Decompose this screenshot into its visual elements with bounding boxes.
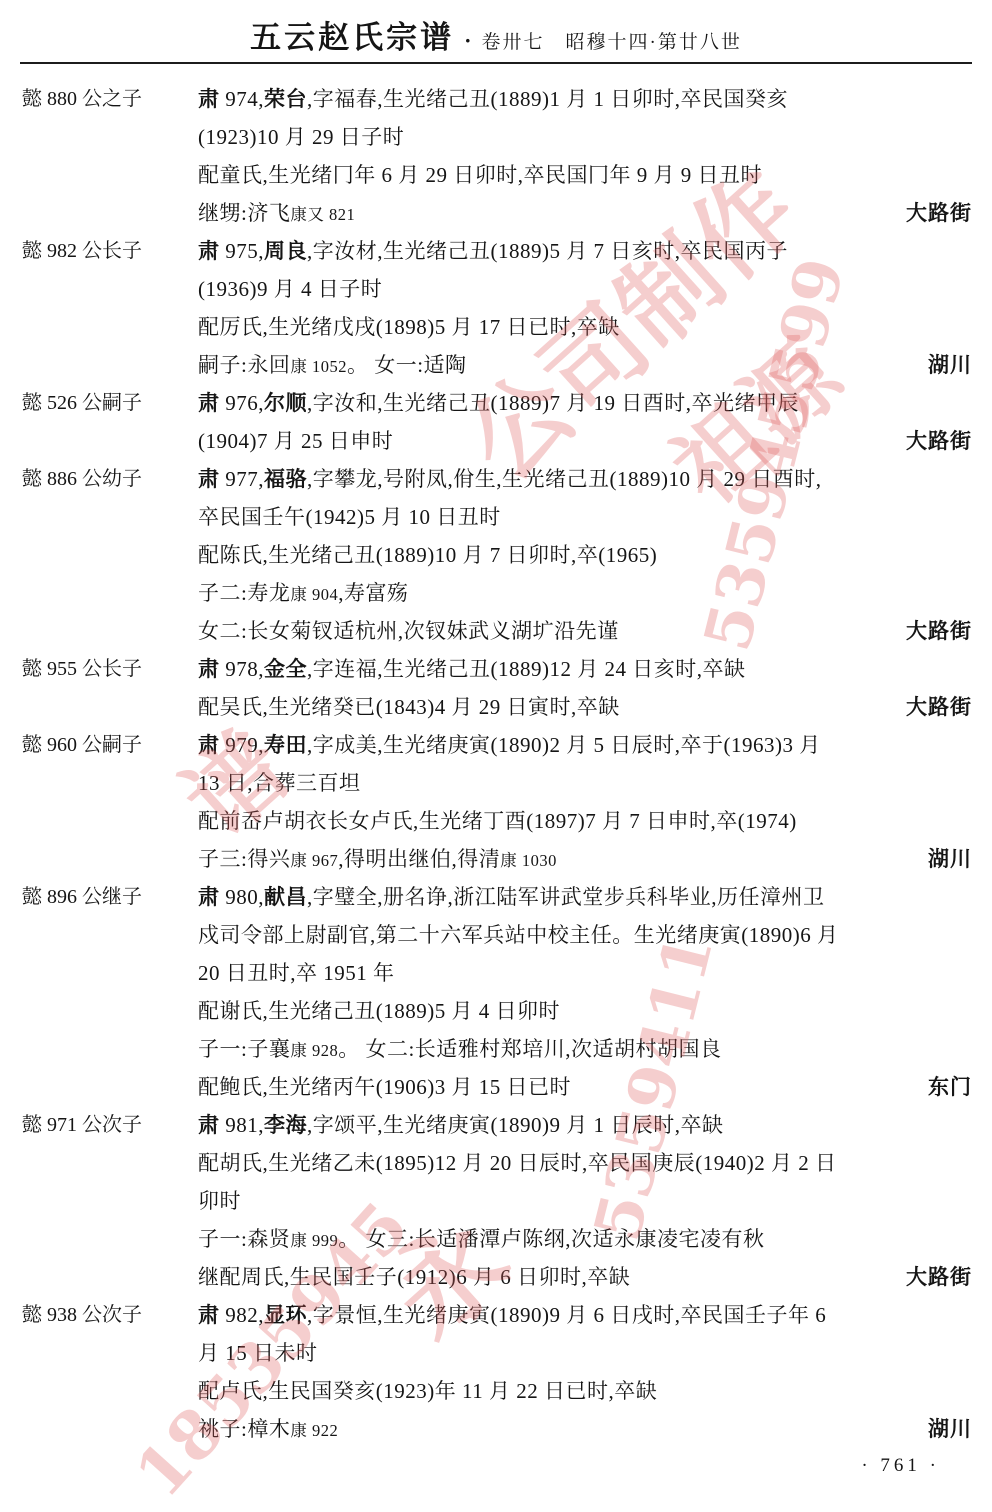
entry-line: 肃 979,寿田,字成美,生光绪庚寅(1890)2 月 5 日辰时,卒于(196…	[198, 726, 972, 764]
line-text: 嗣子:永回康 1052。 女一:适陶	[198, 353, 467, 377]
entry-line: 肃 982,显环,字景恒,生光绪庚寅(1890)9 月 6 日戌时,卒民国壬子年…	[198, 1296, 972, 1334]
entry-row: 懿 886 公幼子肃 977,福骆,字攀龙,号附凤,佾生,生光绪己丑(1889)…	[0, 460, 992, 650]
entry-line: 子一:子襄康 928。 女二:长适雅村郑培川,次适胡村胡国良	[198, 1030, 972, 1068]
entry-label: 懿 938 公次子	[0, 1296, 198, 1334]
entry-line: 嗣子:永回康 1052。 女一:适陶湖川	[198, 346, 972, 384]
entry-content: 肃 978,金全,字连福,生光绪己丑(1889)12 月 24 日亥时,卒缺配吴…	[198, 650, 992, 726]
line-text: 配胡氏,生光绪乙未(1895)12 月 20 日辰时,卒民国庚辰(1940)2 …	[198, 1151, 836, 1175]
entry-line: 肃 980,献昌,字璧全,册名诤,浙江陆军讲武堂步兵科毕业,历任漳州卫	[198, 878, 972, 916]
line-text: 戍司令部上尉副官,第二十六军兵站中校主任。生光绪庚寅(1890)6 月	[198, 923, 838, 947]
entry-line: 祧子:樟木康 922湖川	[198, 1410, 972, 1448]
line-text: 肃 982,显环,字景恒,生光绪庚寅(1890)9 月 6 日戌时,卒民国壬子年…	[198, 1303, 826, 1327]
line-text: 子二:寿龙康 904,寿富殇	[198, 581, 408, 605]
header-divider	[20, 62, 972, 64]
entry-content: 肃 975,周良,字汝材,生光绪己丑(1889)5 月 7 日亥时,卒民国丙子(…	[198, 232, 992, 384]
entry-line: 子二:寿龙康 904,寿富殇	[198, 574, 972, 612]
line-text: 13 日,合葬三百坦	[198, 771, 361, 795]
entry-row: 懿 526 公嗣子肃 976,尔顺,字汝和,生光绪己丑(1889)7 月 19 …	[0, 384, 992, 460]
entry-line: 继甥:济飞康又 821大路街	[198, 194, 972, 232]
entry-content: 肃 976,尔顺,字汝和,生光绪己丑(1889)7 月 19 日酉时,卒光绪甲辰…	[198, 384, 992, 460]
line-text: 肃 974,荣台,字福春,生光绪己丑(1889)1 月 1 日卯时,卒民国癸亥	[198, 87, 788, 111]
line-text: 配前岙卢胡衣长女卢氏,生光绪丁酉(1897)7 月 7 日申时,卒(1974)	[198, 809, 797, 833]
line-text: 继甥:济飞康又 821	[198, 201, 355, 225]
entry-label: 懿 896 公继子	[0, 878, 198, 916]
line-text: 20 日丑时,卒 1951 年	[198, 961, 395, 985]
entry-line: 配前岙卢胡衣长女卢氏,生光绪丁酉(1897)7 月 7 日申时,卒(1974)	[198, 802, 972, 840]
entry-line: 子一:森贤康 999。 女三:长适潘潭卢陈纲,次适永康凌宅凌有秋	[198, 1220, 972, 1258]
entry-content: 肃 982,显环,字景恒,生光绪庚寅(1890)9 月 6 日戌时,卒民国壬子年…	[198, 1296, 992, 1448]
entry-row: 懿 982 公长子肃 975,周良,字汝材,生光绪己丑(1889)5 月 7 日…	[0, 232, 992, 384]
page-header: 五云赵氏宗谱 · 卷卅七 昭穆十四·第廿八世	[0, 12, 992, 57]
entry-line: 肃 974,荣台,字福春,生光绪己丑(1889)1 月 1 日卯时,卒民国癸亥	[198, 80, 972, 118]
line-text: (1904)7 月 25 日申时	[198, 429, 393, 453]
place-label: 大路街	[906, 612, 972, 650]
line-text: 子一:子襄康 928。 女二:长适雅村郑培川,次适胡村胡国良	[198, 1037, 722, 1061]
entry-content: 肃 980,献昌,字璧全,册名诤,浙江陆军讲武堂步兵科毕业,历任漳州卫戍司令部上…	[198, 878, 992, 1106]
entry-line: 13 日,合葬三百坦	[198, 764, 972, 802]
line-text: 卒民国壬午(1942)5 月 10 日丑时	[198, 505, 501, 529]
line-text: 祧子:樟木康 922	[198, 1417, 338, 1441]
entry-line: 戍司令部上尉副官,第二十六军兵站中校主任。生光绪庚寅(1890)6 月	[198, 916, 972, 954]
entry-label: 懿 886 公幼子	[0, 460, 198, 498]
entry-line: (1904)7 月 25 日申时大路街	[198, 422, 972, 460]
entry-line: 肃 976,尔顺,字汝和,生光绪己丑(1889)7 月 19 日酉时,卒光绪甲辰	[198, 384, 972, 422]
place-label: 大路街	[906, 688, 972, 726]
line-text: 配鲍氏,生光绪丙午(1906)3 月 15 日已时	[198, 1075, 571, 1099]
entry-row: 懿 938 公次子肃 982,显环,字景恒,生光绪庚寅(1890)9 月 6 日…	[0, 1296, 992, 1448]
entry-line: (1936)9 月 4 日子时	[198, 270, 972, 308]
place-label: 湖川	[928, 1410, 972, 1448]
entry-label: 懿 971 公次子	[0, 1106, 198, 1144]
entry-row: 懿 880 公之子肃 974,荣台,字福春,生光绪己丑(1889)1 月 1 日…	[0, 80, 992, 232]
entry-line: 子三:得兴康 967,得明出继伯,得清康 1030湖川	[198, 840, 972, 878]
title-separator-dot: ·	[464, 28, 471, 54]
line-text: 配谢氏,生光绪己丑(1889)5 月 4 日卯时	[198, 999, 560, 1023]
line-text: (1923)10 月 29 日子时	[198, 125, 404, 149]
line-text: 卯时	[198, 1189, 241, 1213]
entry-line: 月 15 日未时	[198, 1334, 972, 1372]
entry-label: 懿 955 公长子	[0, 650, 198, 688]
entry-line: 肃 977,福骆,字攀龙,号附凤,佾生,生光绪己丑(1889)10 月 29 日…	[198, 460, 972, 498]
entry-label: 懿 880 公之子	[0, 80, 198, 118]
entry-line: 女二:长女菊钗适杭州,次钗妹武义湖圹沿先谨大路街	[198, 612, 972, 650]
entry-line: 配卢氏,生民国癸亥(1923)年 11 月 22 日已时,卒缺	[198, 1372, 972, 1410]
entry-line: 配鲍氏,生光绪丙午(1906)3 月 15 日已时东门	[198, 1068, 972, 1106]
entry-line: 肃 978,金全,字连福,生光绪己丑(1889)12 月 24 日亥时,卒缺	[198, 650, 972, 688]
line-text: 子三:得兴康 967,得明出继伯,得清康 1030	[198, 847, 557, 871]
entry-content: 肃 977,福骆,字攀龙,号附凤,佾生,生光绪己丑(1889)10 月 29 日…	[198, 460, 992, 650]
page-title: 五云赵氏宗谱	[250, 12, 454, 57]
place-label: 大路街	[906, 1258, 972, 1296]
line-text: 肃 978,金全,字连福,生光绪己丑(1889)12 月 24 日亥时,卒缺	[198, 657, 746, 681]
place-label: 湖川	[928, 346, 972, 384]
line-text: 肃 981,李海,字颂平,生光绪庚寅(1890)9 月 1 日辰时,卒缺	[198, 1113, 724, 1137]
entry-row: 懿 955 公长子肃 978,金全,字连福,生光绪己丑(1889)12 月 24…	[0, 650, 992, 726]
entry-line: 配胡氏,生光绪乙未(1895)12 月 20 日辰时,卒民国庚辰(1940)2 …	[198, 1144, 972, 1182]
entry-line: 20 日丑时,卒 1951 年	[198, 954, 972, 992]
entry-row: 懿 896 公继子肃 980,献昌,字璧全,册名诤,浙江陆军讲武堂步兵科毕业,历…	[0, 878, 992, 1106]
entry-line: 配厉氏,生光绪戊戌(1898)5 月 17 日已时,卒缺	[198, 308, 972, 346]
entry-line: 配童氏,生光绪冂年 6 月 29 日卯时,卒民国冂年 9 月 9 日丑时	[198, 156, 972, 194]
entry-line: (1923)10 月 29 日子时	[198, 118, 972, 156]
line-text: 子一:森贤康 999。 女三:长适潘潭卢陈纲,次适永康凌宅凌有秋	[198, 1227, 765, 1251]
line-text: 女二:长女菊钗适杭州,次钗妹武义湖圹沿先谨	[198, 619, 619, 643]
line-text: 继配周氏,生民国壬子(1912)6 月 6 日卯时,卒缺	[198, 1265, 630, 1289]
line-text: 月 15 日未时	[198, 1341, 318, 1365]
line-text: (1936)9 月 4 日子时	[198, 277, 382, 301]
page-number: · 761 ·	[861, 1455, 940, 1477]
entry-content: 肃 979,寿田,字成美,生光绪庚寅(1890)2 月 5 日辰时,卒于(196…	[198, 726, 992, 878]
place-label: 湖川	[928, 840, 972, 878]
entry-label: 懿 982 公长子	[0, 232, 198, 270]
line-text: 配卢氏,生民国癸亥(1923)年 11 月 22 日已时,卒缺	[198, 1379, 657, 1403]
line-text: 肃 975,周良,字汝材,生光绪己丑(1889)5 月 7 日亥时,卒民国丙子	[198, 239, 788, 263]
place-label: 大路街	[906, 422, 972, 460]
entry-line: 卒民国壬午(1942)5 月 10 日丑时	[198, 498, 972, 536]
line-text: 配厉氏,生光绪戊戌(1898)5 月 17 日已时,卒缺	[198, 315, 620, 339]
entry-row: 懿 960 公嗣子肃 979,寿田,字成美,生光绪庚寅(1890)2 月 5 日…	[0, 726, 992, 878]
volume-subtitle: 卷卅七 昭穆十四·第廿八世	[482, 27, 742, 54]
entry-content: 肃 974,荣台,字福春,生光绪己丑(1889)1 月 1 日卯时,卒民国癸亥(…	[198, 80, 992, 232]
line-text: 肃 976,尔顺,字汝和,生光绪己丑(1889)7 月 19 日酉时,卒光绪甲辰	[198, 391, 799, 415]
line-text: 肃 980,献昌,字璧全,册名诤,浙江陆军讲武堂步兵科毕业,历任漳州卫	[198, 885, 825, 909]
place-label: 大路街	[906, 194, 972, 232]
entry-label: 懿 960 公嗣子	[0, 726, 198, 764]
entry-line: 配吴氏,生光绪癸已(1843)4 月 29 日寅时,卒缺大路街	[198, 688, 972, 726]
entry-line: 配陈氏,生光绪己丑(1889)10 月 7 日卯时,卒(1965)	[198, 536, 972, 574]
entry-content: 肃 981,李海,字颂平,生光绪庚寅(1890)9 月 1 日辰时,卒缺配胡氏,…	[198, 1106, 992, 1296]
line-text: 配吴氏,生光绪癸已(1843)4 月 29 日寅时,卒缺	[198, 695, 620, 719]
place-label: 东门	[928, 1068, 972, 1106]
line-text: 配陈氏,生光绪己丑(1889)10 月 7 日卯时,卒(1965)	[198, 543, 657, 567]
line-text: 肃 979,寿田,字成美,生光绪庚寅(1890)2 月 5 日辰时,卒于(196…	[198, 733, 821, 757]
entry-row: 懿 971 公次子肃 981,李海,字颂平,生光绪庚寅(1890)9 月 1 日…	[0, 1106, 992, 1296]
line-text: 配童氏,生光绪冂年 6 月 29 日卯时,卒民国冂年 9 月 9 日丑时	[198, 163, 762, 187]
entry-line: 配谢氏,生光绪己丑(1889)5 月 4 日卯时	[198, 992, 972, 1030]
entry-line: 卯时	[198, 1182, 972, 1220]
line-text: 肃 977,福骆,字攀龙,号附凤,佾生,生光绪己丑(1889)10 月 29 日…	[198, 467, 822, 491]
genealogy-entries: 懿 880 公之子肃 974,荣台,字福春,生光绪己丑(1889)1 月 1 日…	[0, 80, 992, 1448]
entry-line: 肃 975,周良,字汝材,生光绪己丑(1889)5 月 7 日亥时,卒民国丙子	[198, 232, 972, 270]
entry-line: 继配周氏,生民国壬子(1912)6 月 6 日卯时,卒缺大路街	[198, 1258, 972, 1296]
entry-line: 肃 981,李海,字颂平,生光绪庚寅(1890)9 月 1 日辰时,卒缺	[198, 1106, 972, 1144]
entry-label: 懿 526 公嗣子	[0, 384, 198, 422]
